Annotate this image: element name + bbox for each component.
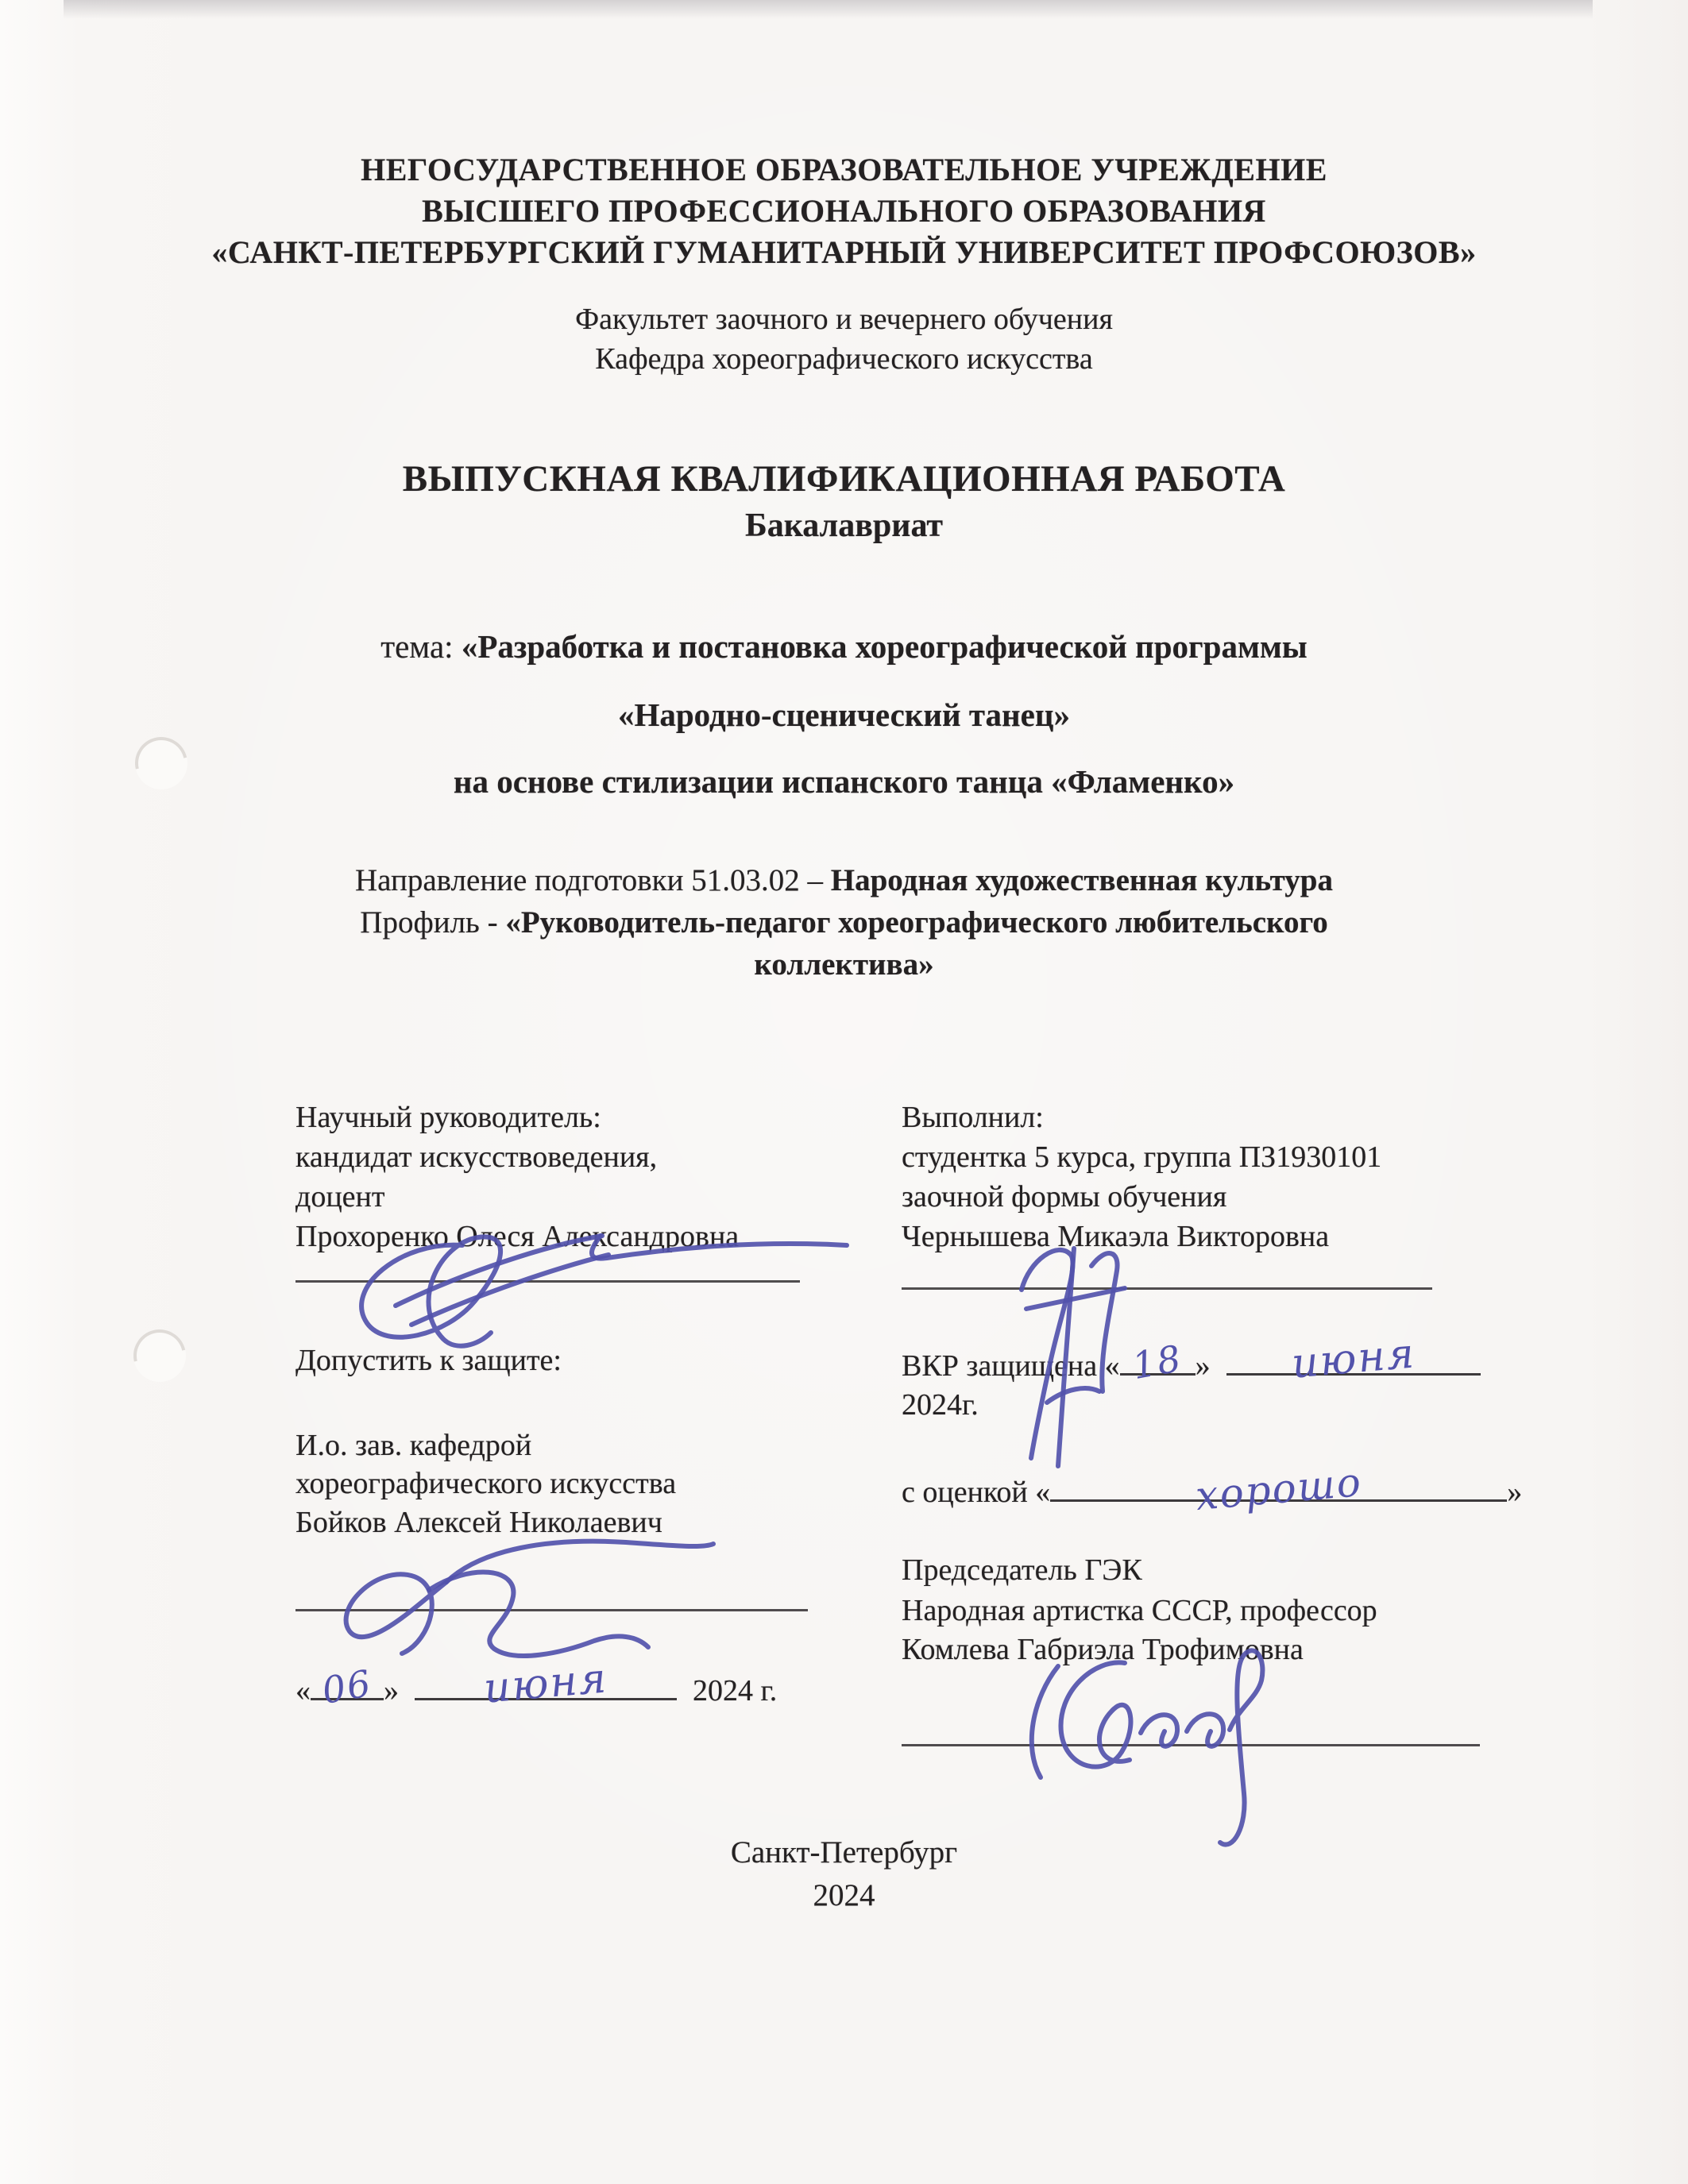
admission-position-line2: хореографического искусства xyxy=(295,1468,676,1500)
scan-artifact-top-edge xyxy=(64,0,1593,19)
footer-city: Санкт-Петербург xyxy=(0,1836,1688,1870)
defense-year: 2024г. xyxy=(902,1389,979,1422)
profile-line2: коллектива» xyxy=(0,948,1688,982)
org-name-line1: НЕГОСУДАРСТВЕННОЕ ОБРАЗОВАТЕЛЬНОЕ УЧРЕЖД… xyxy=(0,152,1688,187)
admission-position-line1: И.о. зав. кафедрой xyxy=(295,1430,531,1462)
supervisor-rank: доцент xyxy=(295,1181,384,1214)
committee-rank-line: Народная артистка СССР, профессор xyxy=(902,1595,1377,1627)
committee-signature-line xyxy=(902,1744,1480,1746)
footer-year: 2024 xyxy=(0,1879,1688,1912)
admission-signature-line xyxy=(295,1609,808,1611)
date-day-slot: 06 xyxy=(311,1669,384,1700)
defense-close-quote: » xyxy=(1196,1349,1211,1383)
work-type-title: ВЫПУСКНАЯ КВАЛИФИКАЦИОННАЯ РАБОТА xyxy=(0,459,1688,500)
author-course-group: студентка 5 курса, группа ПЗ1930101 xyxy=(902,1141,1381,1174)
supervisor-degree: кандидат искусствоведения, xyxy=(295,1141,657,1174)
author-name: Чернышева Микаэла Викторовна xyxy=(902,1221,1329,1253)
profile-label: Профиль - xyxy=(360,905,505,940)
supervisor-name: Прохоренко Олеся Александровна xyxy=(295,1221,739,1253)
handwritten-grade: хорошо xyxy=(1194,1461,1364,1518)
theme-title-part1: «Разработка и постановка хореографическо… xyxy=(462,628,1308,665)
theme-line2: «Народно-сценический танец» xyxy=(0,697,1688,732)
date-close-quote: » xyxy=(384,1674,399,1707)
defense-day-slot: 18 xyxy=(1120,1345,1196,1376)
theme-label: тема: xyxy=(380,628,462,665)
grade-close-quote: » xyxy=(1507,1476,1522,1509)
committee-signature-scribble xyxy=(1032,1650,1263,1844)
committee-chair-name: Комлева Габриэла Трофимовна xyxy=(902,1634,1304,1666)
degree-line: Бакалавриат xyxy=(0,508,1688,544)
org-name-line3: «САНКТ-ПЕТЕРБУРГСКИЙ ГУМАНИТАРНЫЙ УНИВЕР… xyxy=(0,235,1688,269)
handwritten-month: июня xyxy=(482,1656,609,1711)
profile-line1: Профиль - «Руководитель-педагог хореогра… xyxy=(0,906,1688,940)
defense-month-slot: июня xyxy=(1226,1345,1481,1376)
date-open-quote: « xyxy=(295,1674,311,1707)
thesis-title-page: НЕГОСУДАРСТВЕННОЕ ОБРАЗОВАТЕЛЬНОЕ УЧРЕЖД… xyxy=(0,0,1688,2184)
admission-title: Допустить к защите: xyxy=(295,1345,562,1377)
supervisor-signature-line xyxy=(295,1280,800,1283)
handwritten-day: 06 xyxy=(319,1664,375,1711)
author-signature-line xyxy=(902,1287,1432,1290)
date-year: 2024 г. xyxy=(693,1674,777,1707)
defense-prefix: ВКР защищена « xyxy=(902,1349,1120,1383)
profile-value-part1: «Руководитель-педагог хореографического … xyxy=(505,905,1327,940)
department-line: Кафедра хореографического искусства xyxy=(0,343,1688,376)
grade-prefix: с оценкой « xyxy=(902,1476,1050,1509)
direction-value: Народная художественная культура xyxy=(831,863,1333,897)
grade-slot: хорошо xyxy=(1050,1471,1507,1502)
author-study-form: заочной формы обучения xyxy=(902,1181,1226,1214)
direction-line: Направление подготовки 51.03.02 – Народн… xyxy=(0,864,1688,897)
grade-line: с оценкой «хорошо» xyxy=(902,1471,1522,1509)
supervisor-role: Научный руководитель: xyxy=(295,1102,601,1134)
direction-label: Направление подготовки 51.03.02 – xyxy=(355,863,831,897)
defense-date-line: ВКР защищена «18»июня xyxy=(902,1345,1481,1383)
handwritten-defense-month: июня xyxy=(1290,1331,1417,1387)
admission-date-line: «06»июня2024 г. xyxy=(295,1669,777,1707)
admission-head-name: Бойков Алексей Николаевич xyxy=(295,1507,662,1539)
hole-punch-bottom xyxy=(124,1320,196,1392)
author-role: Выполнил: xyxy=(902,1102,1044,1134)
theme-line3: на основе стилизации испанского танца «Ф… xyxy=(0,764,1688,799)
handwritten-defense-day: 18 xyxy=(1130,1339,1185,1387)
faculty-line: Факультет заочного и вечернего обучения xyxy=(0,303,1688,336)
date-month-slot: июня xyxy=(415,1669,677,1700)
committee-title: Председатель ГЭК xyxy=(902,1554,1142,1587)
org-name-line2: ВЫСШЕГО ПРОФЕССИОНАЛЬНОГО ОБРАЗОВАНИЯ xyxy=(0,194,1688,228)
theme-line1: тема: «Разработка и постановка хореограф… xyxy=(0,629,1688,664)
admission-signature-scribble xyxy=(346,1542,713,1656)
